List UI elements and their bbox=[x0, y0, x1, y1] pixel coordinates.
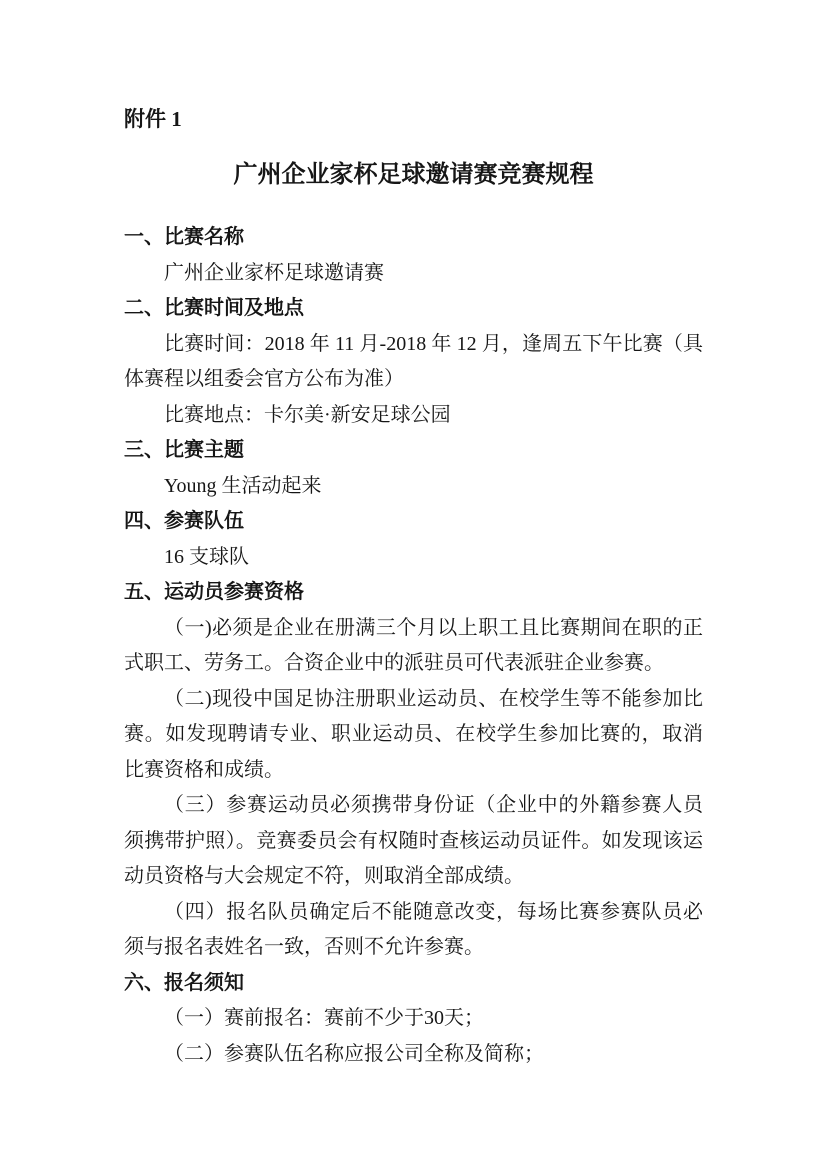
paragraph: Young 生活动起来 bbox=[124, 469, 703, 505]
paragraph: （一）赛前报名：赛前不少于30天； bbox=[124, 1001, 703, 1037]
paragraph: （二）参赛队伍名称应报公司全称及简称； bbox=[124, 1037, 703, 1073]
section-4: 四、参赛队伍 16 支球队 bbox=[124, 504, 703, 575]
paragraph: 比赛时间：2018 年 11 月-2018 年 12 月，逢周五下午比赛（具体赛… bbox=[124, 327, 703, 398]
document-title: 广州企业家杯足球邀请赛竞赛规程 bbox=[124, 160, 703, 190]
paragraph: 广州企业家杯足球邀请赛 bbox=[124, 256, 703, 292]
section-heading: 一、比赛名称 bbox=[124, 220, 703, 256]
paragraph: （二)现役中国足协注册职业运动员、在校学生等不能参加比赛。如发现聘请专业、职业运… bbox=[124, 682, 703, 789]
document-content: 附件 1 广州企业家杯足球邀请赛竞赛规程 一、比赛名称 广州企业家杯足球邀请赛 … bbox=[124, 0, 703, 1072]
section-6: 六、报名须知 （一）赛前报名：赛前不少于30天； （二）参赛队伍名称应报公司全称… bbox=[124, 966, 703, 1073]
section-heading: 四、参赛队伍 bbox=[124, 504, 703, 540]
paragraph: （一)必须是企业在册满三个月以上职工且比赛期间在职的正式职工、劳务工。合资企业中… bbox=[124, 611, 703, 682]
document-page: 附件 1 广州企业家杯足球邀请赛竞赛规程 一、比赛名称 广州企业家杯足球邀请赛 … bbox=[0, 0, 827, 1169]
section-5: 五、运动员参赛资格 （一)必须是企业在册满三个月以上职工且比赛期间在职的正式职工… bbox=[124, 575, 703, 966]
document-body: 一、比赛名称 广州企业家杯足球邀请赛 二、比赛时间及地点 比赛时间：2018 年… bbox=[124, 220, 703, 1072]
section-heading: 三、比赛主题 bbox=[124, 433, 703, 469]
section-heading: 五、运动员参赛资格 bbox=[124, 575, 703, 611]
section-heading: 二、比赛时间及地点 bbox=[124, 291, 703, 327]
section-3: 三、比赛主题 Young 生活动起来 bbox=[124, 433, 703, 504]
paragraph: （四）报名队员确定后不能随意改变，每场比赛参赛队员必须与报名表姓名一致，否则不允… bbox=[124, 895, 703, 966]
section-2: 二、比赛时间及地点 比赛时间：2018 年 11 月-2018 年 12 月，逢… bbox=[124, 291, 703, 433]
section-heading: 六、报名须知 bbox=[124, 966, 703, 1002]
section-1: 一、比赛名称 广州企业家杯足球邀请赛 bbox=[124, 220, 703, 291]
paragraph: 16 支球队 bbox=[124, 540, 703, 576]
attachment-label: 附件 1 bbox=[124, 106, 703, 132]
paragraph: （三）参赛运动员必须携带身份证（企业中的外籍参赛人员须携带护照）。竞赛委员会有权… bbox=[124, 788, 703, 895]
paragraph: 比赛地点：卡尔美·新安足球公园 bbox=[124, 398, 703, 434]
